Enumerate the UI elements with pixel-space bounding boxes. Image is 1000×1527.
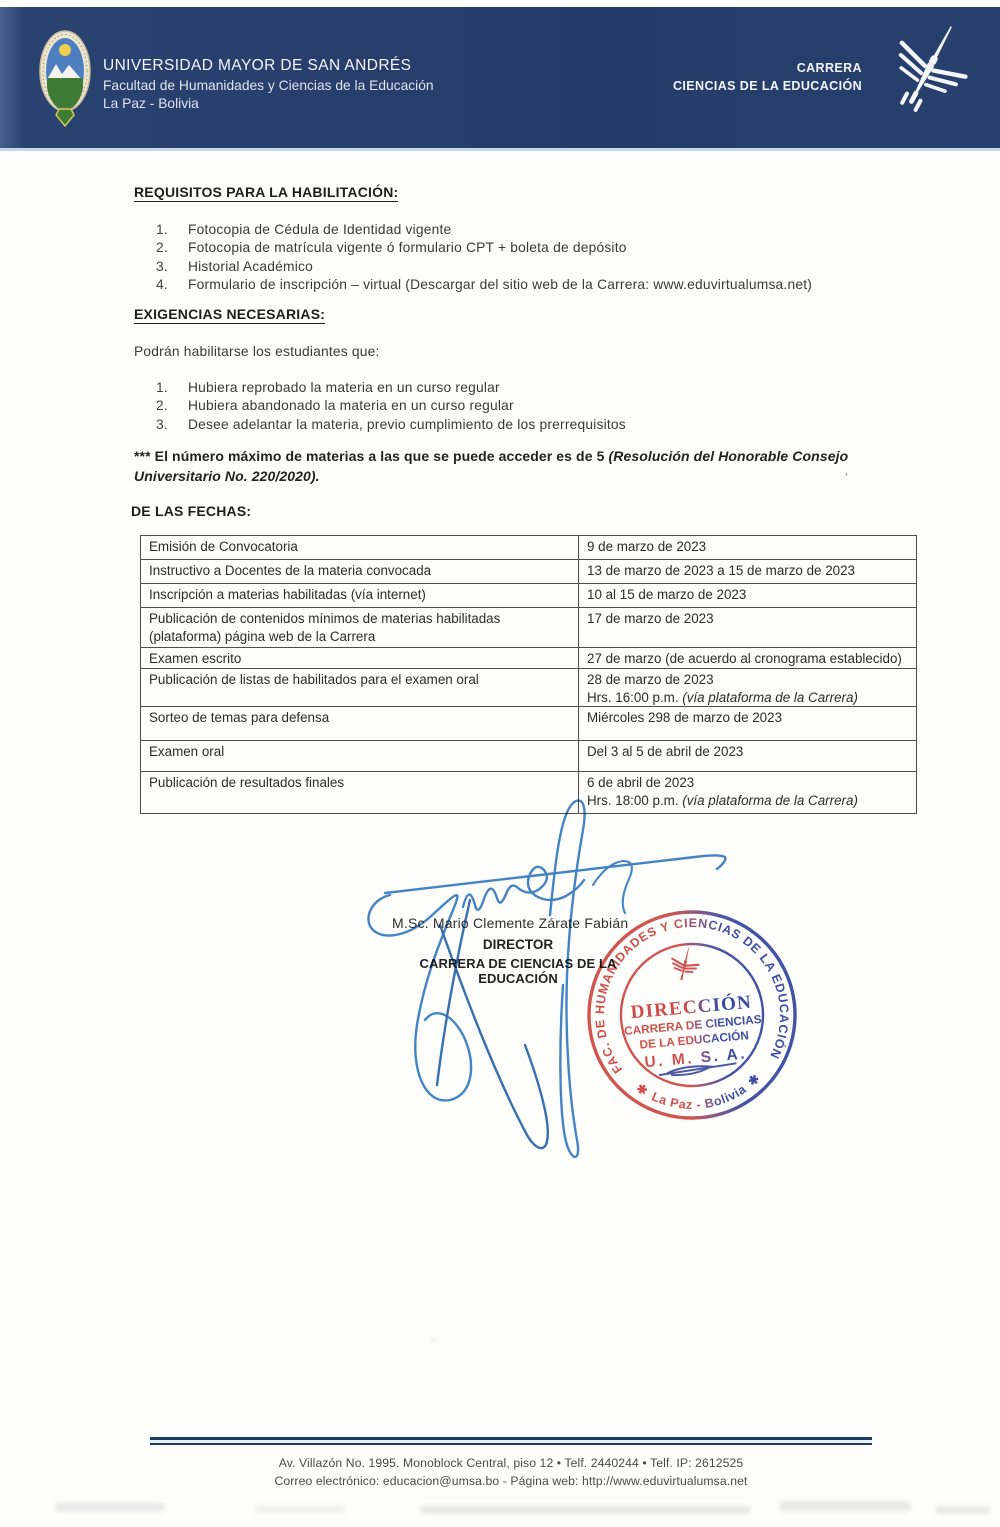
concepto-cell: Sorteo de temas para defensa (141, 707, 579, 741)
scan-speck (430, 1338, 435, 1342)
fecha-cell: 27 de marzo (de acuerdo al cronograma es… (579, 648, 917, 669)
exigencias-intro: Podrán habilitarse los estudiantes que: (134, 344, 380, 359)
requisitos-list: 1.Fotocopia de Cédula de Identidad vigen… (156, 221, 812, 295)
requisitos-title: REQUISITOS PARA LA HABILITACIÓN: (134, 184, 398, 202)
stamp-ring-text: FAC. DE HUMANIDADES Y CIENCIAS DE LA EDU… (585, 908, 796, 1078)
list-number: 3. (156, 416, 188, 434)
fecha-cell: 9 de marzo de 2023 (579, 536, 917, 560)
fecha-cell: Miércoles 298 de marzo de 2023 (579, 707, 917, 741)
scan-smudge (420, 1506, 750, 1514)
table-row: Examen escrito 27 de marzo (de acuerdo a… (141, 648, 917, 669)
fechas-title: DE LAS FECHAS: (131, 503, 251, 519)
university-name: UNIVERSIDAD MAYOR DE SAN ANDRÉS (103, 57, 411, 75)
stamp-carrera: CARRERA DE CIENCIAS (624, 1012, 763, 1038)
concepto-cell: Examen oral (141, 741, 579, 772)
list-number: 3. (156, 258, 188, 276)
carrera-label: CARRERA (560, 59, 862, 77)
list-item: Formulario de inscripción – virtual (Des… (188, 276, 812, 294)
fechas-table: Emisión de Convocatoria 9 de marzo de 20… (140, 535, 917, 814)
concepto-cell: Inscripción a materias habilitadas (vía … (141, 584, 579, 608)
table-row: Publicación de contenidos mínimos de mat… (141, 608, 917, 648)
table-row: Emisión de Convocatoria 9 de marzo de 20… (141, 536, 917, 560)
table-row: Publicación de listas de habilitados par… (141, 669, 917, 707)
table-row: Sorteo de temas para defensa Miércoles 2… (141, 707, 917, 741)
carrera-block: CARRERA CIENCIAS DE LA EDUCACIÓN (560, 59, 862, 95)
footer-address: Av. Villazón No. 1995. Monoblock Central… (150, 1456, 872, 1470)
list-item: Fotocopia de matrícula vigente ó formula… (188, 239, 812, 257)
exigencias-list: 1.Hubiera reprobado la materia en un cur… (156, 379, 626, 434)
exigencias-title: EXIGENCIAS NECESARIAS: (134, 306, 325, 324)
fecha-cell: 28 de marzo de 2023 Hrs. 16:00 p.m. (vía… (579, 669, 917, 707)
document-page: UNIVERSIDAD MAYOR DE SAN ANDRÉS Facultad… (0, 0, 1000, 1527)
stamp-educacion: DE LA EDUCACIÓN (639, 1028, 749, 1052)
signer-unit: CARRERA DE CIENCIAS DE LA EDUCACIÓN (388, 956, 648, 986)
scan-smudge (55, 1503, 165, 1511)
table-row: Inscripción a materias habilitadas (vía … (141, 584, 917, 608)
fecha-cell: Del 3 al 5 de abril de 2023 (579, 741, 917, 772)
list-number: 2. (156, 239, 188, 257)
scan-speck: ’ (845, 470, 848, 485)
list-number: 1. (156, 221, 188, 239)
signer-name: M.Sc. Mario Clemente Zárate Fabián (392, 915, 628, 931)
concepto-cell: Publicación de listas de habilitados par… (141, 669, 579, 707)
fecha-cell: 17 de marzo de 2023 (579, 608, 917, 648)
list-number: 4. (156, 276, 188, 294)
concepto-cell: Publicación de resultados finales (141, 772, 579, 814)
list-number: 1. (156, 379, 188, 397)
stamp-bottom-text: ✱La Paz - Bolivia✱ (633, 1070, 765, 1117)
table-row: Publicación de resultados finales 6 de a… (141, 772, 917, 814)
stamp-direccion: DIRECCIÓN (630, 991, 753, 1024)
umsa-crest-icon (36, 28, 94, 128)
signer-role: DIRECTOR (392, 937, 644, 952)
list-item: Hubiera abandonado la materia en un curs… (188, 397, 626, 415)
carrera-name: CIENCIAS DE LA EDUCACIÓN (560, 77, 862, 95)
city-name: La Paz - Bolivia (103, 96, 199, 111)
concepto-cell: Emisión de Convocatoria (141, 536, 579, 560)
faculty-name: Facultad de Humanidades y Ciencias de la… (103, 78, 434, 93)
fecha-cell: 13 de marzo de 2023 a 15 de marzo de 202… (579, 560, 917, 584)
fecha-cell: 6 de abril de 2023 Hrs. 18:00 p.m. (vía … (579, 772, 917, 814)
scan-smudge (255, 1506, 345, 1513)
table-row: Instructivo a Docentes de la materia con… (141, 560, 917, 584)
stamp-umsa: U. M. S. A. (644, 1045, 748, 1071)
list-number: 2. (156, 397, 188, 415)
scan-smudge (780, 1501, 910, 1511)
nota-maximo-materias: *** El número máximo de materias a las q… (134, 447, 909, 486)
concepto-cell: Publicación de contenidos mínimos de mat… (141, 608, 579, 648)
stamp-initials-scribble (659, 1063, 737, 1077)
footer-contact: Correo electrónico: educacion@umsa.bo - … (150, 1474, 872, 1488)
stamp-hummingbird-icon (668, 945, 701, 982)
list-item: Hubiera reprobado la materia en un curso… (188, 379, 626, 397)
concepto-cell: Examen escrito (141, 648, 579, 669)
concepto-cell: Instructivo a Docentes de la materia con… (141, 560, 579, 584)
list-item: Historial Académico (188, 258, 812, 276)
fecha-cell: 10 al 15 de marzo de 2023 (579, 584, 917, 608)
list-item: Desee adelantar la materia, previo cumpl… (188, 416, 626, 434)
nota-bold: *** El número máximo de materias a las q… (134, 448, 608, 464)
footer-rule (150, 1437, 872, 1445)
table-row: Examen oral Del 3 al 5 de abril de 2023 (141, 741, 917, 772)
hummingbird-logo-icon (866, 20, 984, 132)
list-item: Fotocopia de Cédula de Identidad vigente (188, 221, 812, 239)
scan-smudge (935, 1506, 990, 1514)
